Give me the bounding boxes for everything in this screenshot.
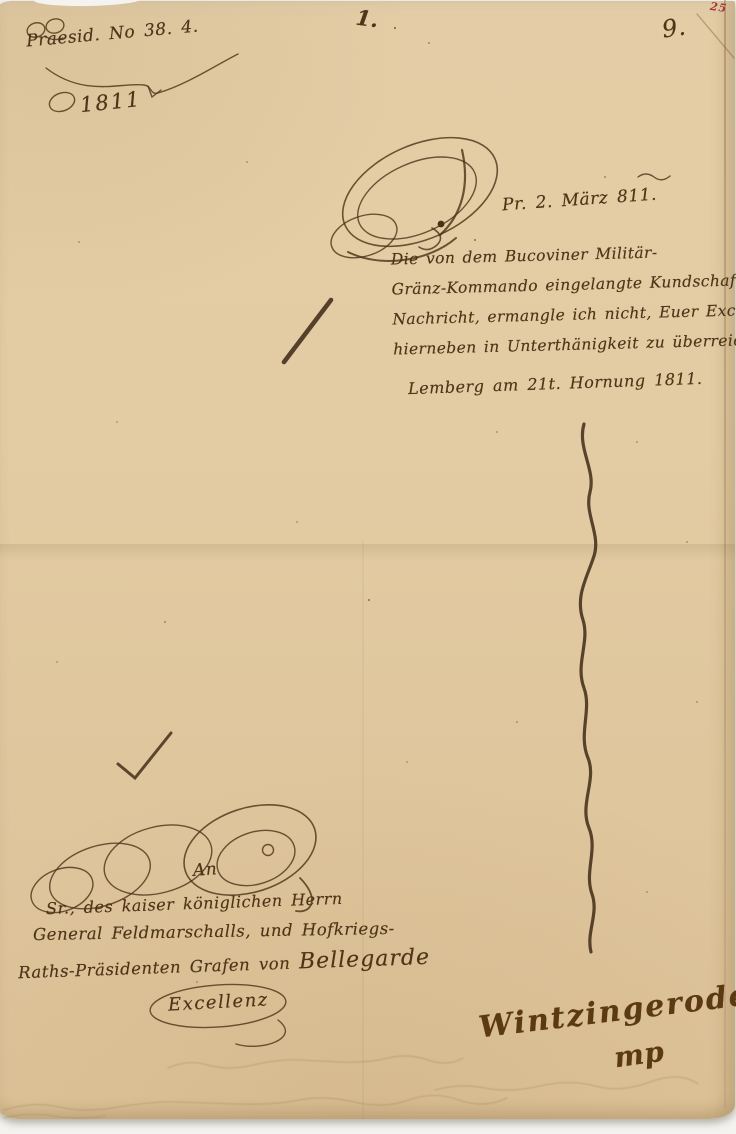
page-number: 1. <box>354 5 380 33</box>
photograph-of-manuscript: Praesid. No 38. 4. 1811 1. 9. 25 Pr. 2. … <box>0 0 736 1134</box>
body-text-block: Die von dem Bucoviner Militär- Gränz-Kom… <box>390 235 736 364</box>
red-pencil-number: 25 <box>709 0 728 15</box>
paper-right-edge <box>724 0 726 1108</box>
signature-manu-propria: mp <box>612 1035 666 1075</box>
horizontal-fold-crease <box>0 544 735 567</box>
folio-number: 9. <box>660 12 688 43</box>
vertical-fold-crease <box>362 541 364 1119</box>
addressee-name: Bellegarde <box>299 945 431 975</box>
address-salutation: An <box>192 859 218 881</box>
